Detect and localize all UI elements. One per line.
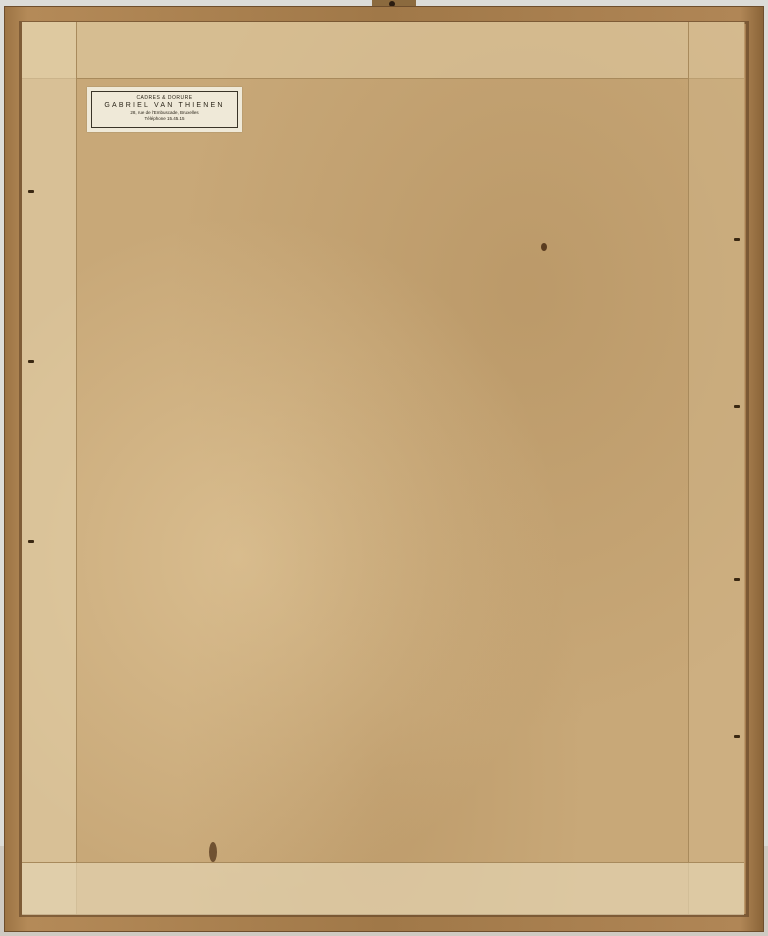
tape-strip-top <box>22 22 744 79</box>
label-phone: Téléphone 15.45.15 <box>92 116 237 121</box>
paper-backing <box>22 22 744 914</box>
label-trade: CADRES & DORURE <box>92 95 237 101</box>
stain-spot <box>541 243 547 251</box>
frame-nail <box>734 405 740 408</box>
frame-nail <box>28 360 34 363</box>
tape-strip-right <box>688 22 745 914</box>
frame-nail <box>734 238 740 241</box>
tape-strip-left <box>22 22 77 914</box>
label-address: 28, rue de l'Embuscade, Bruxelles <box>92 110 237 115</box>
stain-spot <box>209 842 217 862</box>
frame-nail <box>734 578 740 581</box>
label-name: GABRIEL VAN THIENEN <box>92 102 237 109</box>
frame-nail <box>28 190 34 193</box>
framer-label-border: CADRES & DORURE GABRIEL VAN THIENEN 28, … <box>91 91 238 128</box>
tape-strip-bottom <box>22 862 744 915</box>
frame-nail <box>734 735 740 738</box>
framer-label: CADRES & DORURE GABRIEL VAN THIENEN 28, … <box>87 87 242 132</box>
frame-nail <box>28 540 34 543</box>
